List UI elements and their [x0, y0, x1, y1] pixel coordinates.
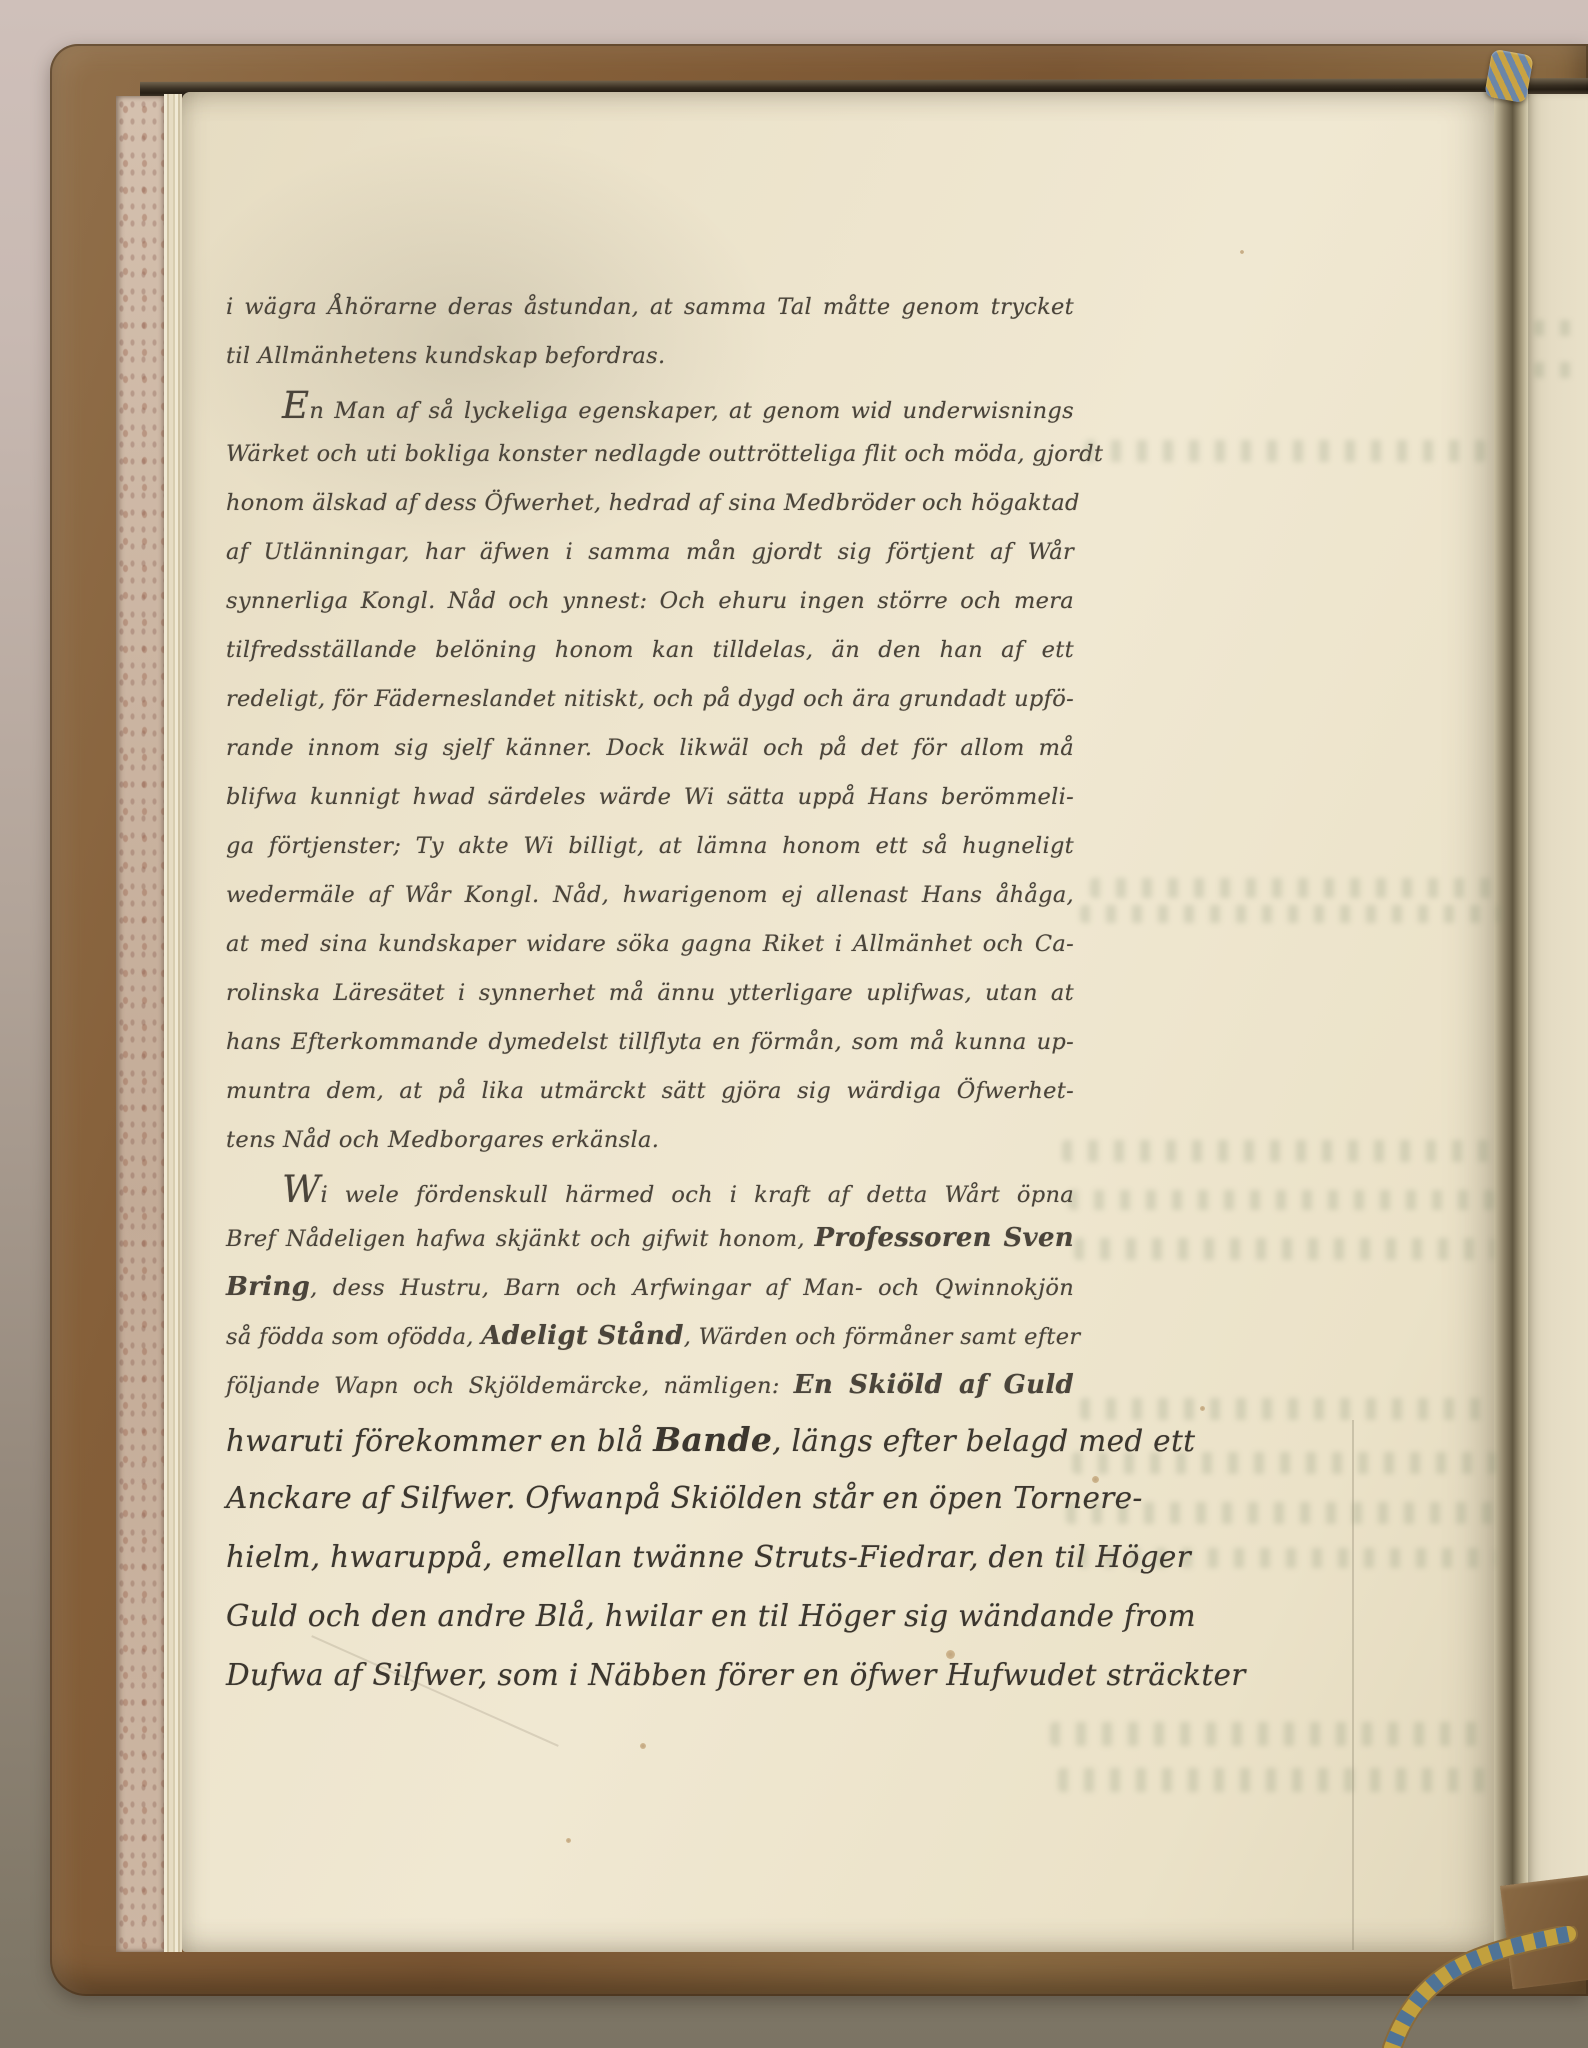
- manuscript-line: honom älskad af dess Öfwerhet, hedrad af…: [226, 479, 1074, 528]
- manuscript-line: muntra dem, at på lika utmärckt sätt gjö…: [226, 1067, 1074, 1116]
- manuscript-line: rolinska Läresätet i synnerhet må ännu y…: [226, 969, 1074, 1018]
- bookmark-cord: [1318, 1926, 1588, 2048]
- manuscript-line: til Allmänhetens kundskap befordras.: [226, 332, 1074, 381]
- manuscript-line: at med sina kundskaper widare söka gagna…: [226, 920, 1074, 969]
- manuscript-line: redeligt, för Fäderneslandet nitiskt, oc…: [226, 675, 1074, 724]
- foxing-spot: [566, 1838, 571, 1843]
- manuscript-line: ga förtjenster; Ty akte Wi billigt, at l…: [226, 822, 1074, 871]
- manuscript-line: wedermäle af Wår Kongl. Nåd, hwarigenom …: [226, 871, 1074, 920]
- bleed-through-text: [1080, 905, 1500, 923]
- manuscript-line: af Utlänningar, har äfwen i samma mån gj…: [226, 528, 1074, 577]
- manuscript-line: hans Efterkommande dymedelst tillflyta e…: [226, 1018, 1074, 1067]
- text-block: i wägra Åhörarne deras åstundan, at samm…: [226, 283, 1074, 1705]
- bleed-through-text: [1090, 878, 1500, 898]
- manuscript-line: Bring, dess Hustru, Barn och Arfwingar a…: [226, 1263, 1074, 1312]
- bleed-through-text: [1074, 1238, 1494, 1260]
- foxing-spot: [1240, 250, 1244, 254]
- endband: [1484, 49, 1534, 104]
- gutter-shadow: [1494, 90, 1528, 1952]
- manuscript-line: rande innom sig sjelf känner. Dock likwä…: [226, 724, 1074, 773]
- bleed-through-text: [1080, 1398, 1492, 1420]
- bleed-through-text: [1085, 440, 1485, 462]
- manuscript-line: så födda som ofödda, Adeligt Stånd, Wärd…: [226, 1312, 1074, 1361]
- bleed-through-text: [1050, 1722, 1490, 1746]
- bleed-through-text: [1062, 1140, 1492, 1162]
- page-stack-edges: [164, 94, 182, 1952]
- manuscript-line: Bref Nådeligen hafwa skjänkt och gifwit …: [226, 1214, 1074, 1263]
- foxing-spot: [1200, 1406, 1205, 1411]
- manuscript-line: tens Nåd och Medborgares erkänsla.: [226, 1116, 1074, 1165]
- manuscript-line: Wi wele fördenskull härmed och i kraft a…: [226, 1165, 1074, 1214]
- foxing-spot: [640, 1743, 646, 1749]
- manuscript-line: hielm, hwaruppå, emellan twänne Struts-F…: [226, 1528, 1074, 1587]
- bleed-through-text: [1534, 320, 1584, 336]
- manuscript-line: Wärket och uti bokliga konster nedlagde …: [226, 430, 1074, 479]
- manuscript-line: synnerliga Kongl. Nåd och ynnest: Och eh…: [226, 577, 1074, 626]
- manuscript-line: i wägra Åhörarne deras åstundan, at samm…: [226, 283, 1074, 332]
- manuscript-line: Dufwa af Silfwer, som i Näbben förer en …: [226, 1646, 1074, 1705]
- manuscript-line: Guld och den andre Blå, hwilar en til Hö…: [226, 1587, 1074, 1646]
- manuscript-line: följande Wapn och Skjöldemärcke, nämlige…: [226, 1361, 1074, 1410]
- bleed-through-text: [1068, 1190, 1494, 1210]
- bleed-through-text: [1058, 1768, 1490, 1792]
- manuscript-line: En Man af så lyckeliga egenskaper, at ge…: [226, 381, 1074, 430]
- manuscript-line: tilfredsställande belöning honom kan til…: [226, 626, 1074, 675]
- manuscript-line: Anckare af Silfwer. Ofwanpå Skiölden stå…: [226, 1469, 1074, 1528]
- marbled-endpaper: [116, 96, 164, 1952]
- manuscript-line: hwaruti förekommer en blå Bande, längs e…: [226, 1410, 1074, 1469]
- page-crease: [1352, 1420, 1354, 1950]
- manuscript-line: blifwa kunnigt hwad särdeles wärde Wi sä…: [226, 773, 1074, 822]
- bleed-through-text: [1534, 362, 1584, 378]
- book-scan: i wägra Åhörarne deras åstundan, at samm…: [0, 0, 1588, 2048]
